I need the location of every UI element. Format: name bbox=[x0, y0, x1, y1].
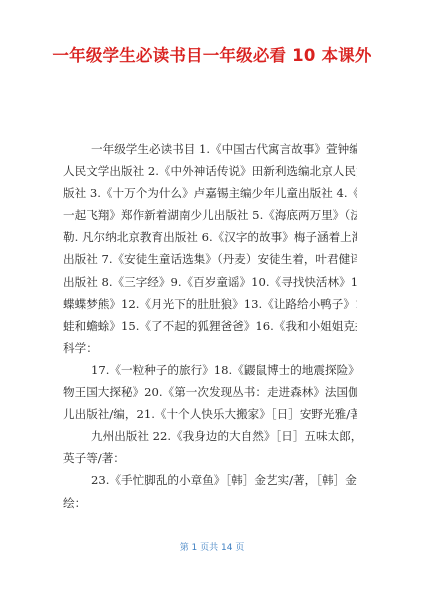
body-line: 勒. 凡尔纳北京教育出版社 6.《汉字的故事》梅子涵着上海科普 bbox=[63, 226, 357, 248]
body-line: 英子等/著： bbox=[63, 447, 357, 469]
body-line: 版社 3.《十万个为什么》卢嘉锡主编少年儿童出版社 4.《与鸟儿 bbox=[63, 182, 357, 204]
body-line: 一年级学生必读书目 1.《中国古代寓言故事》萱钟编写北京 bbox=[63, 138, 357, 160]
body-line: 出版社 8.《三字经》9.《百岁童谣》10.《寻找快活林》11.《熊梦 bbox=[63, 271, 357, 293]
body-line: 出版社 7.《安徒生童话选集》（丹麦）安徒生着，叶君健译译林 bbox=[63, 248, 357, 270]
body-line: 一起飞翔》郑作新着湖南少儿出版社 5.《海底两万里》（法）儒 bbox=[63, 204, 357, 226]
body-line: 17.《一粒种子的旅行》18.《鼹鼠博士的地震探险》19.《动 bbox=[63, 359, 357, 381]
document-page: 一年级学生必读书目一年级必看 10 本课外 一年级学生必读书目 1.《中国古代寓… bbox=[0, 0, 424, 600]
body-line: 科学： bbox=[63, 337, 357, 359]
body-line: 物王国大探秘》20.《第一次发现丛书：走进森林》法国伽利玛少 bbox=[63, 381, 357, 403]
body-line: 蝶蝶梦熊》12.《月光下的肚肚狼》13.《让路给小鸭子》14.《青 bbox=[63, 293, 357, 315]
body-line: 蛙和蟾蜍》15.《了不起的狐狸爸爸》16.《我和小姐姐克拉拉》 bbox=[63, 315, 357, 337]
body-line: 绘： bbox=[63, 492, 357, 514]
body-line: 儿出版社/编，21.《十个人快乐大搬家》［日］安野光雅/著： bbox=[63, 403, 357, 425]
body-line: 人民文学出版社 2.《中外神话传说》田新利选编北京人民文学出 bbox=[63, 160, 357, 182]
page-indicator: 第 1 页共 14 页 bbox=[0, 540, 424, 553]
body-line: 九州出版社 22.《我身边的大自然》［日］五味太郎，伊势 bbox=[63, 425, 357, 447]
document-title: 一年级学生必读书目一年级必看 10 本课外 bbox=[0, 42, 424, 66]
document-body: 一年级学生必读书目 1.《中国古代寓言故事》萱钟编写北京 人民文学出版社 2.《… bbox=[63, 138, 357, 514]
body-line: 23.《手忙脚乱的小章鱼》［韩］金艺实/著，［韩］金尚均/ bbox=[63, 469, 357, 491]
